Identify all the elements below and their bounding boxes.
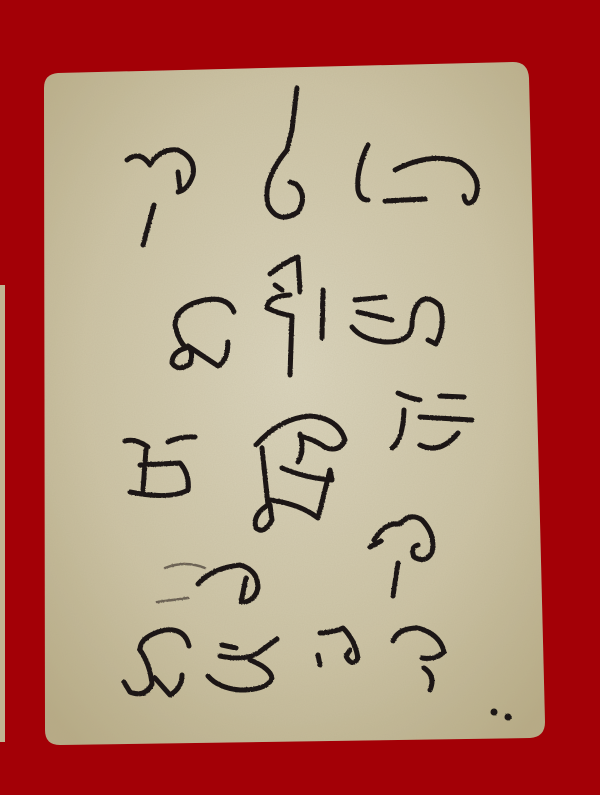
talisman-photo: [0, 0, 600, 795]
paper-sheet: [44, 62, 545, 745]
adjacent-paper-edge: [0, 285, 5, 742]
glyph-2-3: [322, 290, 323, 338]
